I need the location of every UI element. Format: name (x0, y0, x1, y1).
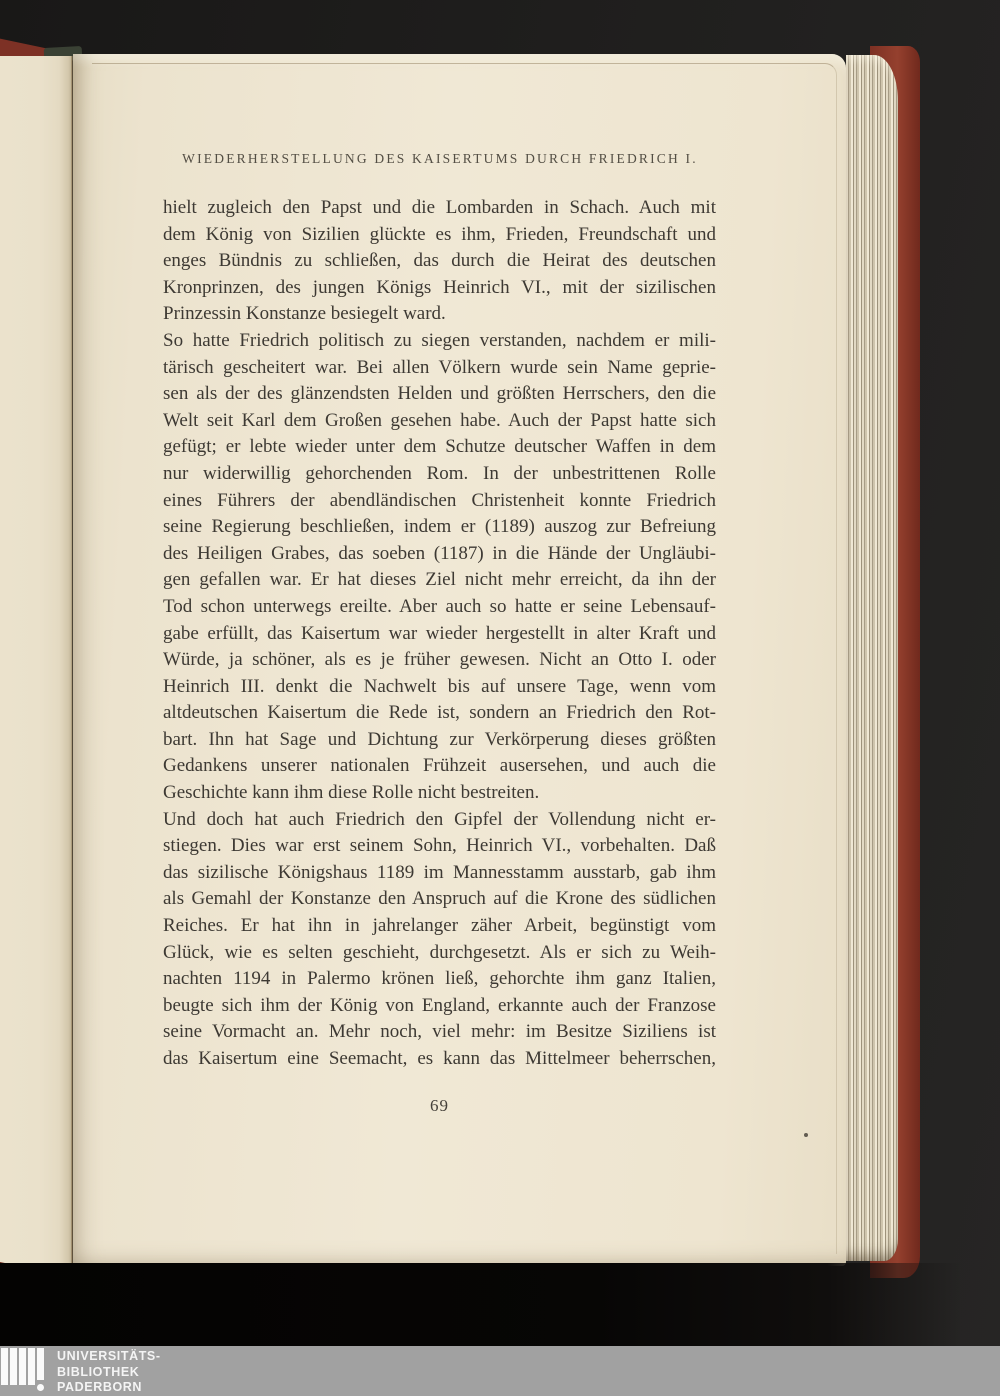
text-line: Kronprinzen, des jungen Königs Heinrich … (163, 275, 716, 302)
text-line: enges Bündnis zu schließen, das durch di… (163, 248, 716, 275)
text-line: beugte sich ihm der König von England, e… (163, 993, 716, 1020)
text-line: des Heiligen Grabes, das soeben (1187) i… (163, 541, 716, 568)
book-bottom-shadow (0, 1263, 962, 1346)
text-line: gefügt; er lebte wieder unter dem Schutz… (163, 434, 716, 461)
logo-bar (19, 1348, 26, 1385)
text-line: das sizilische Königshaus 1189 im Mannes… (163, 860, 716, 887)
left-page-sliver (0, 56, 72, 1265)
text-line: Gedankens unserer nationalen Frühzeit au… (163, 753, 716, 780)
logo-bar (1, 1348, 8, 1385)
text-line: bart. Ihn hat Sage und Dichtung zur Verk… (163, 727, 716, 754)
text-line: seine Regierung beschließen, indem er (1… (163, 514, 716, 541)
text-line: Glück, wie es selten geschieht, durchges… (163, 940, 716, 967)
logo-exclamation-dot (37, 1384, 44, 1391)
scan-speck (804, 1133, 808, 1137)
text-line: dem König von Sizilien glückte es ihm, F… (163, 222, 716, 249)
library-name-line: BIBLIOTHEK (57, 1365, 161, 1381)
text-line: stiegen. Dies war erst seinem Sohn, Hein… (163, 833, 716, 860)
text-line: als Gemahl der Konstanze den Anspruch au… (163, 886, 716, 913)
text-line: Reiches. Er hat ihn in jahrelanger zäher… (163, 913, 716, 940)
page-fore-edge-stack (846, 55, 898, 1261)
text-line: gen gefallen war. Er hat dieses Ziel nic… (163, 567, 716, 594)
text-line: So hatte Friedrich politisch zu siegen v… (163, 328, 716, 355)
text-line: Prinzessin Konstanze besiegelt ward. (163, 301, 716, 328)
text-line: hielt zugleich den Papst und die Lombard… (163, 195, 716, 222)
library-name-line: UNIVERSITÄTS- (57, 1349, 161, 1365)
text-line: gabe erfüllt, das Kaisertum war wieder h… (163, 621, 716, 648)
text-line: altdeutschen Kaisertum die Rede ist, son… (163, 700, 716, 727)
text-line: seine Vormacht an. Mehr noch, viel mehr:… (163, 1019, 716, 1046)
running-header: WIEDERHERSTELLUNG DES KAISERTUMS DURCH F… (150, 151, 730, 167)
text-line: Und doch hat auch Friedrich den Gipfel d… (163, 807, 716, 834)
text-line: tärisch gescheitert war. Bei allen Völke… (163, 355, 716, 382)
library-logo-icon (1, 1348, 53, 1394)
text-line: nur widerwillig gehorchenden Rom. In der… (163, 461, 716, 488)
library-logo-text: UNIVERSITÄTS- BIBLIOTHEK PADERBORN (57, 1349, 161, 1396)
text-line: Heinrich III. denkt die Nachwelt bis auf… (163, 674, 716, 701)
book-scan: WIEDERHERSTELLUNG DES KAISERTUMS DURCH F… (0, 0, 1000, 1396)
library-name-line: PADERBORN (57, 1380, 161, 1396)
text-line: Tod schon unterwegs ereilte. Aber auch s… (163, 594, 716, 621)
watermark-band: UNIVERSITÄTS- BIBLIOTHEK PADERBORN (0, 1346, 1000, 1396)
text-line: Welt seit Karl dem Großen gesehen habe. … (163, 408, 716, 435)
text-line: sen als der des glänzendsten Helden und … (163, 381, 716, 408)
page-number: 69 (163, 1096, 716, 1116)
logo-bar (10, 1348, 17, 1385)
text-line: Geschichte kann ihm diese Rolle nicht be… (163, 780, 716, 807)
text-line: Würde, ja schöner, als es je früher gewe… (163, 647, 716, 674)
text-line: nachten 1194 in Palermo krönen ließ, geh… (163, 966, 716, 993)
body-text: hielt zugleich den Papst und die Lombard… (163, 195, 716, 1073)
text-line: das Kaisertum eine Seemacht, es kann das… (163, 1046, 716, 1073)
logo-bar (37, 1348, 44, 1380)
text-line: eines Führers der abendländischen Christ… (163, 488, 716, 515)
logo-bar (28, 1348, 35, 1385)
